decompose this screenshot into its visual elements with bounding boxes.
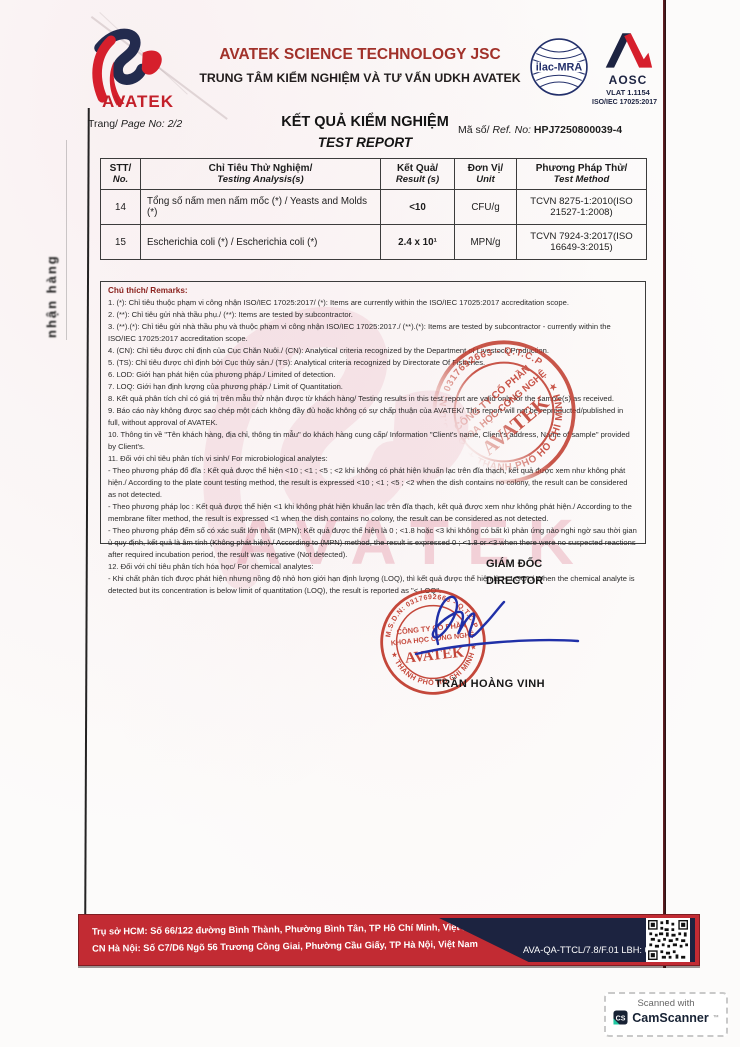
page-edge-left-faint [66, 140, 67, 340]
col-header-analysis: Chỉ Tiêu Thử Nghiệm/Testing Analysis(s) [141, 159, 381, 190]
footer-band: Trụ sở HCM: Số 66/122 đường Bình Thành, … [78, 914, 700, 966]
cell-analysis: Escherichia coli (*) / Escherichia coli … [141, 225, 381, 260]
cell-no: 14 [101, 190, 141, 225]
remark-line: - Theo phương pháp lọc : Kết quả được th… [108, 501, 637, 525]
remarks-title: Chú thích/ Remarks: [108, 286, 637, 295]
center-name: TRUNG TÂM KIỂM NGHIỆM VÀ TƯ VẤN UDKH AVA… [170, 71, 550, 85]
scanned-test-report-page: nhận hàng AVATEK AVATEK Trang/ Page No: … [0, 0, 740, 1047]
footer-address-hcm-text: Số 66/122 đường Bình Thành, Phường Bình … [148, 922, 483, 936]
ilac-mra-logo-icon: ilac-MRA [528, 36, 590, 98]
report-title-vi: KẾT QUẢ KIỂM NGHIỆM [250, 114, 480, 130]
camscanner-brand: CamScanner [632, 1011, 708, 1025]
results-table: STT/No. Chỉ Tiêu Thử Nghiệm/Testing Anal… [100, 158, 647, 260]
camscanner-scanned-with: Scanned with [606, 998, 726, 1009]
page-label-en: Page No: 2/2 [121, 118, 182, 130]
remark-line: 2. (**): Chỉ tiêu gửi nhà thầu phụ./ (**… [108, 309, 637, 321]
col-header-no: STT/No. [101, 159, 141, 190]
cell-unit: MPN/g [455, 225, 517, 260]
camscanner-brand-row: CS CamScanner™ [606, 1010, 726, 1025]
cell-method: TCVN 7924-3:2017(ISO 16649-3:2015) [517, 225, 647, 260]
remark-line: - Theo phương pháp đếm số có xác suất lớ… [108, 525, 637, 561]
footer-address-hanoi-text: Số C7/D6 Ngõ 56 Trương Công Giai, Phường… [141, 939, 478, 953]
page-number-label: Trang/ Page No: 2/2 [88, 118, 182, 130]
bleed-through-text: nhận hàng [44, 208, 59, 338]
report-title-en: TEST REPORT [250, 135, 480, 150]
table-row: 14 Tổng số nấm men nấm mốc (*) / Yeasts … [101, 190, 647, 225]
col-header-result: Kết Quả/Result (s) [381, 159, 455, 190]
remark-line: - Theo phương pháp đổ đĩa : Kết quả được… [108, 465, 637, 501]
ref-label-vi: Mã số/ [458, 124, 490, 136]
remark-line: 4. (CN): Chỉ tiêu được chỉ định của Cục … [108, 345, 637, 357]
cell-result: <10 [381, 190, 455, 225]
cell-no: 15 [101, 225, 141, 260]
ref-label-en: Ref. No: [492, 124, 531, 136]
document-code: AVA-QA-TTCL/7.8/F.01 LBH: 02 [523, 945, 655, 955]
cell-method: TCVN 8275-1:2010(ISO 21527-1:2008) [517, 190, 647, 225]
cell-unit: CFU/g [455, 190, 517, 225]
qr-code [646, 918, 690, 962]
vlat-label: VLAT 1.1154 [596, 88, 660, 97]
page-edge-left [84, 108, 90, 914]
director-name: TRẦN HOÀNG VINH [400, 678, 580, 690]
col-header-method: Phương Pháp Thử/Test Method [517, 159, 647, 190]
aosc-logo: AOSC VLAT 1.1154 [596, 30, 660, 97]
footer-address-hanoi-label: CN Hà Nội: [92, 943, 141, 954]
col-header-unit: Đơn Vị/Unit [455, 159, 517, 190]
camscanner-watermark: Scanned with CS CamScanner™ [604, 992, 728, 1037]
avatek-logo-wordmark: AVATEK [92, 92, 184, 112]
table-header-row: STT/No. Chỉ Tiêu Thử Nghiệm/Testing Anal… [101, 159, 647, 190]
reference-number: Mã số/ Ref. No: HPJ7250800039-4 [458, 124, 622, 136]
qr-code-icon [648, 920, 688, 960]
ilac-mra-label: ilac-MRA [536, 62, 583, 74]
footer-address-hcm-label: Trụ sở HCM: [92, 926, 148, 937]
company-name: AVATEK SCIENCE TECHNOLOGY JSC [182, 46, 538, 64]
remark-line: 3. (**).(*): Chỉ tiêu gửi nhà thầu phụ v… [108, 321, 637, 345]
cell-analysis: Tổng số nấm men nấm mốc (*) / Yeasts and… [141, 190, 381, 225]
camscanner-cs-label: CS [616, 1016, 626, 1023]
aosc-a-icon [602, 30, 654, 70]
table-row: 15 Escherichia coli (*) / Escherichia co… [101, 225, 647, 260]
camscanner-cs-icon: CS [613, 1010, 628, 1025]
aosc-label: AOSC [596, 73, 660, 87]
page-edge-right [663, 0, 666, 968]
remark-line: 1. (*): Chỉ tiêu thuộc phạm vi công nhận… [108, 297, 637, 309]
director-title-vi: GIÁM ĐỐC [486, 558, 542, 570]
cell-result: 2.4 x 10¹ [381, 225, 455, 260]
ref-value: HPJ7250800039-4 [534, 124, 622, 136]
remark-line: 12. Đối với chỉ tiêu phân tích hóa học/ … [108, 561, 637, 573]
director-signature-icon [408, 580, 593, 675]
camscanner-tm: ™ [713, 1015, 719, 1021]
page-label-vi: Trang/ [88, 118, 118, 130]
iso-accreditation-label: ISO/IEC 17025:2017 [592, 99, 664, 106]
